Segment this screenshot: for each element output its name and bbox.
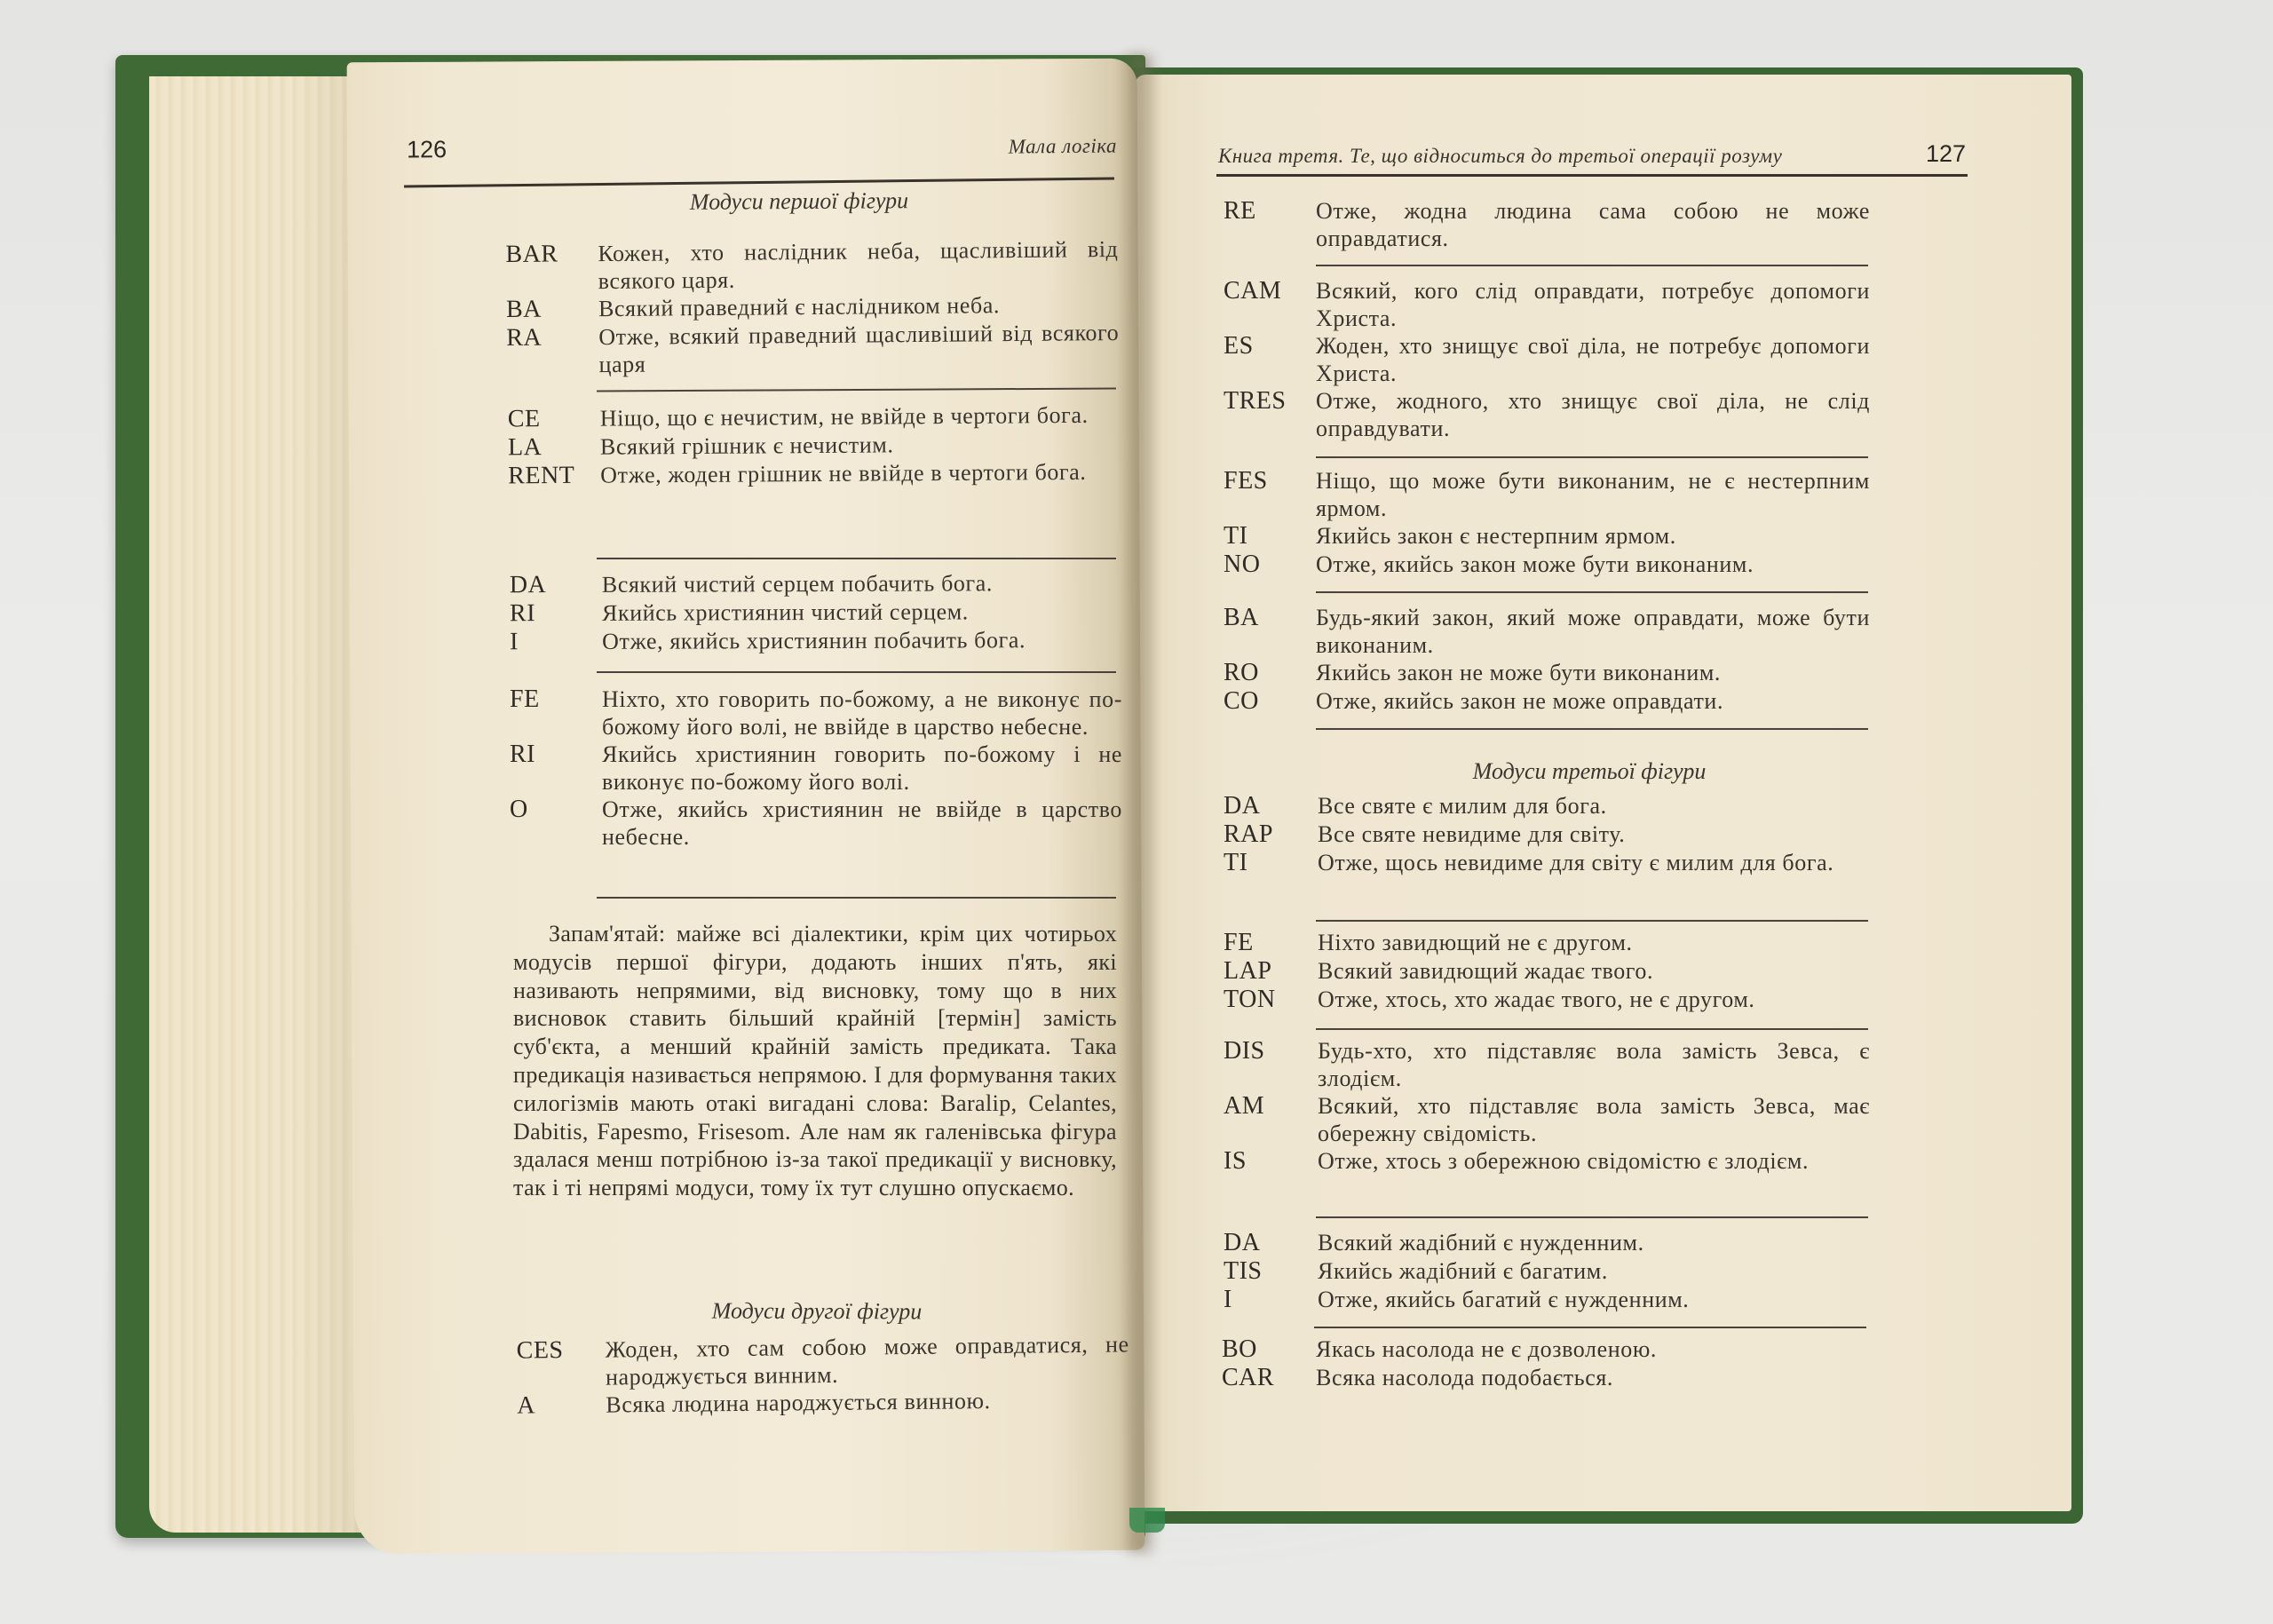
mood-line: TRES Отже, жодного, хто знищує свої діла… [1224,387,1870,442]
mood-text: Отже, жоден грішник не ввійде в чертоги … [600,458,1086,489]
mood-text: Отже, якийсь християнин побачить бога. [602,626,1026,655]
mood-divider [1316,591,1868,593]
mood-dis-am-is: DIS Будь-хто, хто підставляє вола заміст… [1224,1037,1870,1176]
mood-text: Якийсь закон є нестерпним ярмом. [1316,522,1676,550]
mood-code: CE [508,405,600,434]
mood-code: LA [508,433,600,463]
mood-code: RENT [508,462,600,491]
bookmark-ribbon [1129,1508,1165,1533]
mood-code: BAR [505,240,598,269]
mood-line: BO Якась насолода не є дозволеною. [1222,1335,1868,1364]
mood-text: Всякий, кого слід оправдати, потребує до… [1316,277,1870,332]
mood-code: TRES [1224,387,1316,416]
mood-text: Жоден, хто знищує свої діла, не потребує… [1316,332,1870,387]
mood-code: RAP [1224,820,1318,849]
mood-line: AM Всякий, хто підставляє вола замість З… [1224,1092,1870,1147]
mood-line: FE Ніхто завидющий не є другом. [1224,929,1872,957]
mood-line: BA Будь-який закон, який може оправдати,… [1224,604,1870,659]
mood-code: DIS [1224,1037,1318,1066]
mood-code: CES [517,1336,606,1366]
mood-code: CO [1224,687,1316,716]
mood-text: Жоден, хто сам собою може оправдатися, н… [606,1330,1130,1390]
mood-text: Кожен, хто наслідник неба, щасливіший ві… [598,235,1119,295]
mood-line: ES Жоден, хто знищує свої діла, не потре… [1224,332,1870,387]
mood-divider [1316,1028,1868,1030]
mood-text: Ніщо, що є нечистим, не ввійде в чертоги… [600,401,1089,432]
mood-line: LA Всякий грішник є нечистим. [508,430,1121,463]
mood-ce-la-rent: CE Ніщо, що є нечистим, не ввійде в черт… [508,401,1121,491]
mood-code: DA [1224,1229,1318,1257]
mood-divider [1316,1216,1868,1218]
mood-line: NO Отже, якийсь закон може бути виконани… [1224,551,1870,579]
mood-line: DA Всякий жадібний є нужденним. [1224,1229,1870,1257]
left-running-title: Мала логіка [1009,135,1117,159]
mood-bar-ba-ra: BAR Кожен, хто наслідник неба, щасливіши… [505,235,1119,379]
second-figure-title: Модуси другої фігури [586,1297,1048,1326]
mood-divider [1314,1327,1866,1328]
mood-line: IS Отже, хтось з обережною свідомістю є … [1224,1147,1870,1176]
mood-text: Отже, жодна людина сама собою не може оп… [1316,197,1870,252]
mood-re: RE Отже, жодна людина сама собою не може… [1224,197,1870,252]
mood-text: Якийсь закон не може бути виконаним. [1316,659,1721,686]
mood-line: FE Ніхто, хто говорить по-божому, а не в… [510,685,1122,741]
mood-bo-car: BO Якась насолода не є дозволеною. CAR В… [1222,1335,1868,1392]
mood-code: DA [510,571,602,599]
mood-text: Отже, якийсь християнин не ввійде в царс… [602,796,1122,851]
mood-ces-a: CES Жоден, хто сам собою може оправдатис… [517,1330,1130,1420]
mood-code: BO [1222,1335,1316,1364]
mood-line: LAP Всякий завидющий жадає твого. [1224,957,1872,986]
mood-code: BA [1224,604,1316,632]
mood-line: RI Якийсь християнин чистий серцем. [510,598,1122,628]
mood-text: Всяка насолода подобається. [1316,1364,1613,1391]
mood-code: I [1224,1286,1318,1314]
mood-text: Всяка людина народжується винною. [606,1387,991,1419]
mood-da-tis-i: DA Всякий жадібний є нужденним. TIS Який… [1224,1229,1870,1314]
mood-text: Всякий грішник є нечистим. [600,431,894,460]
mood-text: Якийсь жадібний є багатим. [1318,1257,1608,1285]
mood-divider [597,897,1116,899]
mood-cam-es-tres: CAM Всякий, кого слід оправдати, потребу… [1224,277,1870,442]
right-running-head: Книга третя. Те, що відноситься до треть… [1218,140,1966,168]
mood-fe-ri-o: FE Ніхто, хто говорить по-божому, а не в… [510,685,1122,851]
page-edges [149,76,362,1533]
third-figure-title: Модуси третьої фігури [1367,758,1811,785]
mood-text: Якийсь християнин говорить по-божому і н… [602,741,1122,796]
mood-line: CAR Всяка насолода подобається. [1222,1364,1868,1392]
mood-ba-ro-co: BA Будь-який закон, який може оправдати,… [1224,604,1870,716]
mood-text: Всякий завидющий жадає твого. [1318,957,1653,985]
first-figure-title: Модуси першої фігури [568,186,1030,217]
mood-line: RO Якийсь закон не може бути виконаним. [1224,659,1870,687]
mood-line: TON Отже, хтось, хто жадає твого, не є д… [1224,986,1872,1014]
right-page-number: 127 [1926,140,1966,168]
book-gutter [1121,53,1156,1554]
mood-text: Отже, хтось, хто жадає твого, не є друго… [1318,986,1755,1013]
mood-text: Все святе є милим для бога. [1318,792,1607,820]
mood-code: DA [1224,792,1318,820]
mood-code: BA [506,295,598,324]
mood-line: CE Ніщо, що є нечистим, не ввійде в черт… [508,401,1121,434]
mood-code: O [510,796,602,824]
mood-line: RENT Отже, жоден грішник не ввійде в чер… [508,458,1121,491]
mood-code: FE [510,685,602,714]
mood-line: DIS Будь-хто, хто підставляє вола заміст… [1224,1037,1870,1092]
mood-code: TON [1224,986,1318,1014]
mood-text: Отже, щось невидиме для світу є милим дл… [1318,849,1833,876]
mood-line: CAM Всякий, кого слід оправдати, потребу… [1224,277,1870,332]
mood-divider [1316,456,1868,458]
mood-text: Отже, хтось з обережною свідомістю є зло… [1318,1147,1809,1175]
mood-text: Все святе невидиме для світу. [1318,820,1625,848]
mood-fe-lap-ton: FE Ніхто завидющий не є другом. LAP Всяк… [1224,929,1872,1014]
mood-code: RA [506,323,598,353]
mood-text: Всякий жадібний є нужденним. [1318,1229,1644,1256]
mood-text: Ніхто, хто говорить по-божому, а не вико… [602,685,1122,741]
mood-code: CAM [1224,277,1316,305]
mood-line: O Отже, якийсь християнин не ввійде в ца… [510,796,1122,851]
mood-code: A [517,1391,606,1421]
mood-code: ES [1224,332,1316,360]
mood-text: Ніхто завидющий не є другом. [1318,929,1633,956]
mood-text: Отже, всякий праведний щасливіший від вс… [598,319,1120,378]
mood-code: RE [1224,197,1316,226]
mood-fes-ti-no: FES Ніщо, що може бути виконаним, не є н… [1224,467,1870,579]
mood-code: NO [1224,551,1316,579]
mood-text: Отже, жодного, хто знищує свої діла, не … [1316,387,1870,442]
mood-line: RI Якийсь християнин говорить по-божому … [510,741,1122,796]
mood-code: I [510,628,602,656]
mood-code: TI [1224,522,1316,551]
mood-da-rap-ti: DA Все святе є милим для бога. RAP Все с… [1224,792,1870,877]
mood-code: FES [1224,467,1316,495]
mood-code: RI [510,599,602,628]
mood-line: RE Отже, жодна людина сама собою не може… [1224,197,1870,252]
mood-line: RAP Все святе невидиме для світу. [1224,820,1870,849]
mood-divider [1316,265,1868,266]
mood-text: Якась насолода не є дозволеною. [1316,1335,1657,1363]
mood-text: Всякий праведний є наслідником неба. [598,291,1000,322]
mood-line: BAR Кожен, хто наслідник неба, щасливіши… [505,235,1119,296]
mood-code: RI [510,741,602,769]
mood-line: DA Все святе є милим для бога. [1224,792,1870,820]
right-header-rule [1216,174,1968,177]
mood-code: AM [1224,1092,1318,1121]
mood-divider [597,671,1116,673]
mood-line: CO Отже, якийсь закон не може оправдати. [1224,687,1870,716]
mood-code: TI [1224,849,1318,877]
mood-text: Якийсь християнин чистий серцем. [602,598,969,626]
mood-text: Отже, якийсь закон не може оправдати. [1316,687,1723,715]
mood-line: I Отже, якийсь багатий є нужденним. [1224,1286,1870,1314]
mood-line: TIS Якийсь жадібний є багатим. [1224,1257,1870,1286]
mood-code: RO [1224,659,1316,687]
mood-code: CAR [1222,1364,1316,1392]
mood-divider [1316,920,1868,922]
mood-code: LAP [1224,957,1318,986]
mood-divider [597,558,1116,559]
mood-divider [1316,728,1868,730]
mood-line: I Отже, якийсь християнин побачить бога. [510,626,1122,656]
mood-text: Отже, якийсь багатий є нужденним. [1318,1286,1689,1313]
mood-text: Всякий, хто підставляє вола замість Зевс… [1318,1092,1870,1147]
mood-code: IS [1224,1147,1318,1176]
note-paragraph: Запам'ятай: майже всі діалектики, крім ц… [513,920,1117,1202]
mood-da-ri-i: DA Всякий чистий серцем побачить бога. R… [510,569,1122,656]
mood-line: RA Отже, всякий праведний щасливіший від… [506,319,1120,379]
mood-line: FES Ніщо, що може бути виконаним, не є н… [1224,467,1870,522]
mood-code: FE [1224,929,1318,957]
mood-text: Всякий чистий серцем побачить бога. [602,569,993,598]
mood-text: Будь-хто, хто підставляє вола замість Зе… [1318,1037,1870,1092]
mood-text: Будь-який закон, який може оправдати, мо… [1316,604,1870,659]
mood-line: CES Жоден, хто сам собою може оправдатис… [517,1330,1130,1391]
right-running-title: Книга третя. Те, що відноситься до треть… [1218,145,1782,168]
mood-text: Ніщо, що може бути виконаним, не є несте… [1316,467,1870,522]
mood-line: DA Всякий чистий серцем побачить бога. [510,569,1122,599]
mood-text: Отже, якийсь закон може бути виконаним. [1316,551,1754,578]
mood-line: TI Отже, щось невидиме для світу є милим… [1224,849,1870,877]
mood-code: TIS [1224,1257,1318,1286]
mood-line: TI Якийсь закон є нестерпним ярмом. [1224,522,1870,551]
left-page-number: 126 [407,136,447,163]
